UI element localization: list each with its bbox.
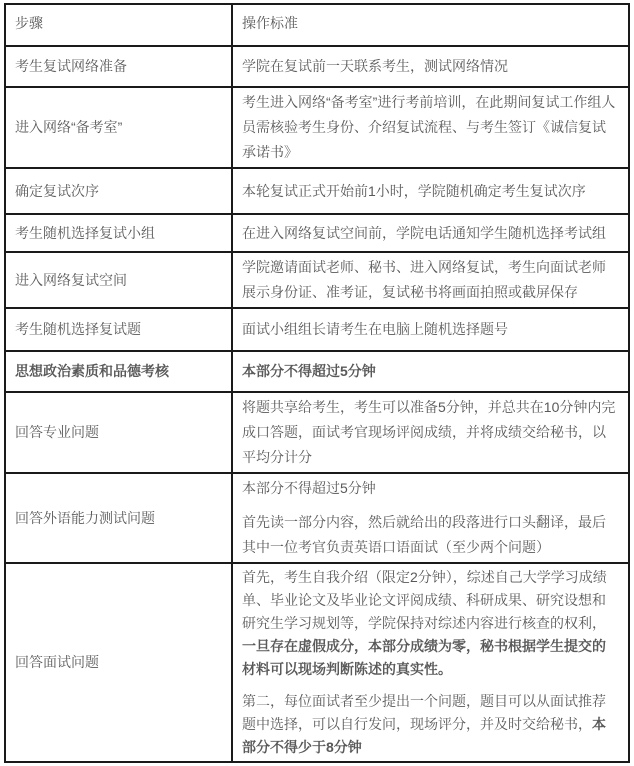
- interview-procedure-table: 步骤 操作标准 考生复试网络准备学院在复试前一天联系考生，测试网络情况进入网络“…: [4, 3, 630, 763]
- standard-paragraph: 面试小组组长请考生在电脑上随机选择题号: [242, 317, 619, 342]
- standard-cell: 本部分不得超过5分钟首先读一部分内容，然后就给出的段落进行口头翻译，最后其中一位…: [232, 473, 629, 563]
- standard-cell: 将题共享给考生，考生可以准备5分钟，并总共在10分钟内完成口答题，面试考官现场评…: [232, 392, 629, 473]
- standard-paragraph: 本轮复试正式开始前1小时，学院随机确定考生复试次序: [242, 179, 619, 204]
- standard-cell: 学院邀请面试老师、秘书、进入网络复试，考生向面试老师展示身份证、准考证，复试秘书…: [232, 252, 629, 308]
- step-cell: 进入网络复试空间: [5, 252, 232, 308]
- standard-text-bold: 一旦存在虚假成分，本部分成绩为零，秘书根据学生提交的材料可以现场判断陈述的真实性…: [242, 638, 606, 677]
- standard-text: 面试小组组长请考生在电脑上随机选择题号: [242, 321, 508, 337]
- step-cell: 确定复试次序: [5, 168, 232, 214]
- table-row: 回答专业问题将题共享给考生，考生可以准备5分钟，并总共在10分钟内完成口答题，面…: [5, 392, 629, 473]
- table-body: 考生复试网络准备学院在复试前一天联系考生，测试网络情况进入网络“备考室”考生进入…: [5, 46, 629, 762]
- standard-text: 将题共享给考生，考生可以准备5分钟，并总共在10分钟内完成口答题，面试考官现场评…: [242, 399, 615, 465]
- standard-text-bold: 本部分不得超过5分钟: [242, 363, 376, 379]
- table-row: 确定复试次序本轮复试正式开始前1小时，学院随机确定考生复试次序: [5, 168, 629, 214]
- table-row: 考生随机选择复试小组在进入网络复试空间前，学院电话通知学生随机选择考试组: [5, 214, 629, 252]
- standard-text: 本轮复试正式开始前1小时，学院随机确定考生复试次序: [242, 183, 586, 199]
- page: 步骤 操作标准 考生复试网络准备学院在复试前一天联系考生，测试网络情况进入网络“…: [0, 0, 634, 766]
- step-cell: 回答专业问题: [5, 392, 232, 473]
- standard-cell: 首先，考生自我介绍（限定2分钟），综述自己大学学习成绩单、毕业论文及毕业论文评阅…: [232, 563, 629, 762]
- standard-paragraph: 考生进入网络“备考室”进行考前培训，在此期间复试工作组人员需核验考生身份、介绍复…: [242, 90, 619, 165]
- table-row: 回答外语能力测试问题本部分不得超过5分钟首先读一部分内容，然后就给出的段落进行口…: [5, 473, 629, 563]
- standard-cell: 考生进入网络“备考室”进行考前培训，在此期间复试工作组人员需核验考生身份、介绍复…: [232, 87, 629, 168]
- step-cell: 考生随机选择复试题: [5, 308, 232, 351]
- standard-text: 学院在复试前一天联系考生，测试网络情况: [242, 58, 508, 74]
- step-cell: 思想政治素质和品德考核: [5, 351, 232, 392]
- step-cell: 考生复试网络准备: [5, 46, 232, 87]
- standard-text: 考生进入网络“备考室”进行考前培训，在此期间复试工作组人员需核验考生身份、介绍复…: [242, 94, 615, 160]
- table-row: 考生随机选择复试题面试小组组长请考生在电脑上随机选择题号: [5, 308, 629, 351]
- standard-paragraph: 首先，考生自我介绍（限定2分钟），综述自己大学学习成绩单、毕业论文及毕业论文评阅…: [242, 566, 619, 681]
- standard-cell: 在进入网络复试空间前，学院电话通知学生随机选择考试组: [232, 214, 629, 252]
- standard-cell: 本部分不得超过5分钟: [232, 351, 629, 392]
- table-header: 步骤 操作标准: [5, 4, 629, 46]
- standard-paragraph: 将题共享给考生，考生可以准备5分钟，并总共在10分钟内完成口答题，面试考官现场评…: [242, 395, 619, 470]
- standard-text: 本部分不得超过5分钟: [242, 480, 376, 496]
- standard-cell: 学院在复试前一天联系考生，测试网络情况: [232, 46, 629, 87]
- standard-text: 首先，考生自我介绍（限定2分钟），综述自己大学学习成绩单、毕业论文及毕业论文评阅…: [242, 569, 607, 631]
- standard-paragraph: 首先读一部分内容，然后就给出的段落进行口头翻译，最后其中一位考官负责英语口语面试…: [242, 510, 619, 560]
- table-row: 回答面试问题首先，考生自我介绍（限定2分钟），综述自己大学学习成绩单、毕业论文及…: [5, 563, 629, 762]
- standard-text: 第二，每位面试者至少提出一个问题，题目可以从面试推荐题中选择，可以自行发问，现场…: [242, 693, 606, 732]
- step-cell: 考生随机选择复试小组: [5, 214, 232, 252]
- step-cell: 回答外语能力测试问题: [5, 473, 232, 563]
- table-row: 思想政治素质和品德考核本部分不得超过5分钟: [5, 351, 629, 392]
- table-row: 进入网络复试空间学院邀请面试老师、秘书、进入网络复试，考生向面试老师展示身份证、…: [5, 252, 629, 308]
- standard-paragraph: 学院邀请面试老师、秘书、进入网络复试，考生向面试老师展示身份证、准考证，复试秘书…: [242, 255, 619, 305]
- standard-paragraph: 第二，每位面试者至少提出一个问题，题目可以从面试推荐题中选择，可以自行发问，现场…: [242, 690, 619, 759]
- standard-paragraph: 本部分不得超过5分钟: [242, 359, 619, 384]
- standard-cell: 面试小组组长请考生在电脑上随机选择题号: [232, 308, 629, 351]
- standard-text: 首先读一部分内容，然后就给出的段落进行口头翻译，最后其中一位考官负责英语口语面试…: [242, 514, 606, 555]
- step-cell: 进入网络“备考室”: [5, 87, 232, 168]
- standard-paragraph: 在进入网络复试空间前，学院电话通知学生随机选择考试组: [242, 221, 619, 246]
- column-header-step: 步骤: [5, 4, 232, 46]
- column-header-standard: 操作标准: [232, 4, 629, 46]
- standard-cell: 本轮复试正式开始前1小时，学院随机确定考生复试次序: [232, 168, 629, 214]
- standard-text: 学院邀请面试老师、秘书、进入网络复试，考生向面试老师展示身份证、准考证，复试秘书…: [242, 259, 606, 300]
- step-cell: 回答面试问题: [5, 563, 232, 762]
- standard-text: 在进入网络复试空间前，学院电话通知学生随机选择考试组: [242, 225, 606, 241]
- header-row: 步骤 操作标准: [5, 4, 629, 46]
- table-row: 进入网络“备考室”考生进入网络“备考室”进行考前培训，在此期间复试工作组人员需核…: [5, 87, 629, 168]
- standard-paragraph: 学院在复试前一天联系考生，测试网络情况: [242, 54, 619, 79]
- table-row: 考生复试网络准备学院在复试前一天联系考生，测试网络情况: [5, 46, 629, 87]
- standard-paragraph: 本部分不得超过5分钟: [242, 476, 619, 501]
